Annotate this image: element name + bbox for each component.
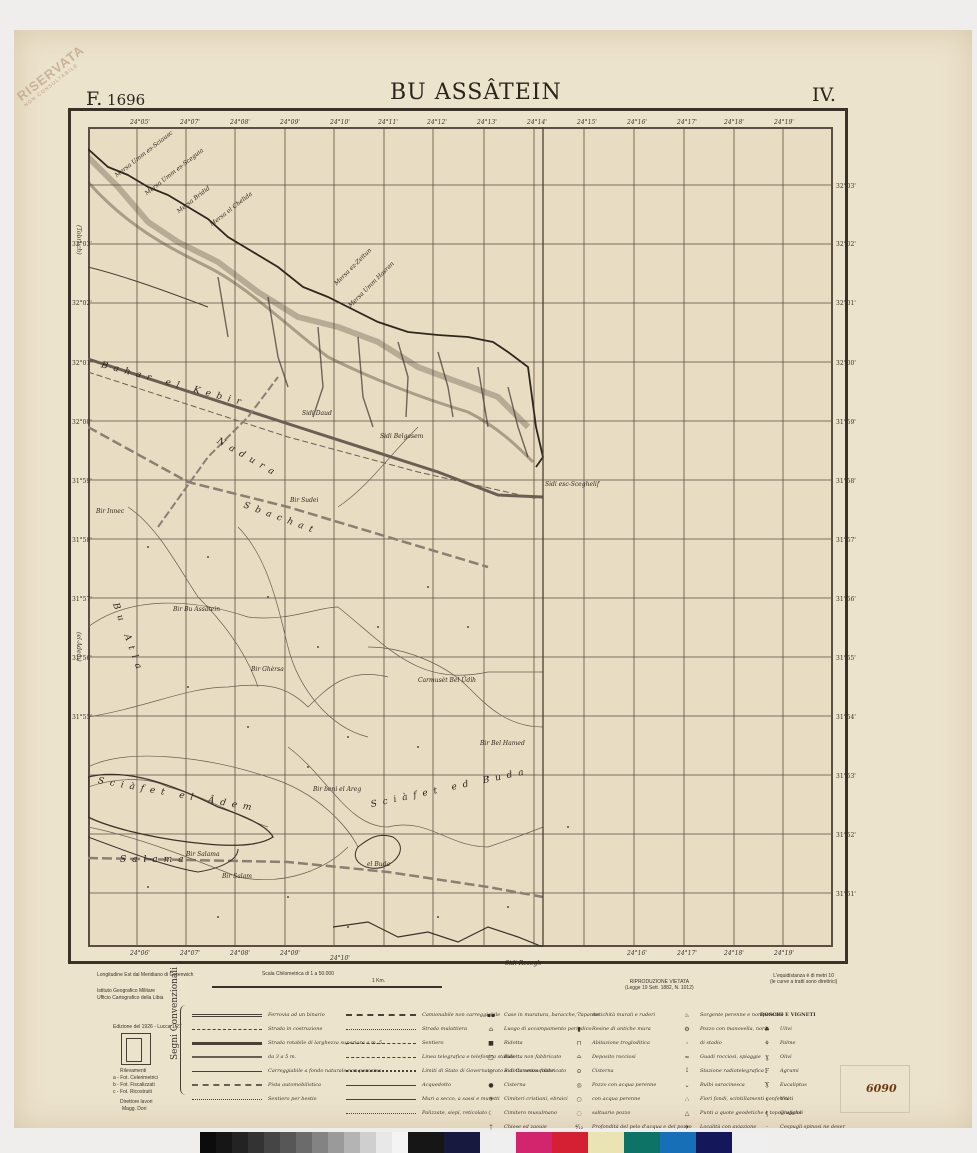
lon-tick: 24°16': [627, 119, 647, 126]
color-swatch: [696, 1132, 732, 1153]
institute-office: Ufficio Cartografico della Libia: [97, 995, 163, 1001]
color-swatch: [660, 1132, 696, 1153]
place-label: Sidi Belgasem: [380, 433, 423, 440]
legend-item: Strada in costruzione: [268, 1026, 322, 1032]
color-swatch: [312, 1132, 328, 1153]
legend-item: Resine di antiche mura: [592, 1026, 651, 1032]
lon-tick: 24°09': [280, 950, 300, 957]
color-swatch: [328, 1132, 344, 1153]
color-swatch: [264, 1132, 280, 1153]
index-title: Rilevamenti: [120, 1068, 146, 1074]
legend-item: Eucaliptus: [780, 1082, 807, 1088]
legend-item: Profondità del pelo d'acqua e del pozzo: [592, 1124, 692, 1130]
direction-label-tobruch: (Tobruch): [75, 225, 82, 255]
sheet-number: F. 1696: [86, 88, 145, 110]
escarpment: [88, 157, 528, 427]
scale-bar: [212, 983, 442, 988]
lon-tick: 24°08': [230, 950, 250, 957]
lon-tick: 24°17': [677, 950, 697, 957]
place-label: Carmusèt Bel Ûdìh: [418, 677, 476, 684]
index-item: b - Fot. Fiscalizzati: [113, 1082, 155, 1088]
equidistance-note: L'equidistanza è di metri 10 (le curve a…: [770, 973, 837, 985]
jujube-icon: ţ: [760, 1110, 774, 1117]
lon-tick: 24°19': [774, 119, 794, 126]
legend-item: Ferrovia ad un binario: [268, 1012, 325, 1018]
well-icon: ○: [572, 1096, 586, 1103]
sheet-number-value: 1696: [107, 91, 145, 109]
legend-item: Palizzate, siepi, reticolato: [422, 1110, 487, 1116]
map-title: BU ASSÂTEIN: [390, 80, 562, 105]
lon-tick: 24°19': [774, 950, 794, 957]
reproduction-law: (Legge 19 Sett. 1882, N. 1012): [625, 985, 694, 991]
cistern-icon: ●: [484, 1082, 498, 1089]
legend-item: Giuggioli: [780, 1110, 803, 1116]
place-label: Sidi Rezegh: [505, 960, 541, 967]
legend-item: Strada mulattiera: [422, 1026, 467, 1032]
place-label: Bir Salama: [186, 851, 220, 858]
flare-icon: ∴: [680, 1096, 694, 1103]
citrus-icon: Ϝ: [760, 1068, 774, 1075]
valve-icon: ⌄: [680, 1082, 694, 1089]
legend-item: Palme: [780, 1040, 795, 1046]
well-icon: ◎: [572, 1082, 586, 1089]
legend-vegetation: BOSCHI E VIGNETI ♣Ulivi ⚘Palme ɣOlivi ϜA…: [760, 1008, 845, 1134]
lat-tick: 31°55': [72, 714, 92, 721]
index-item: c - Fot. Ricostruiti: [113, 1089, 152, 1095]
place-label: Bir Bel Hamed: [480, 740, 525, 747]
color-swatch: [480, 1132, 516, 1153]
scale-unit: 1 Km.: [372, 978, 385, 984]
place-label: Bir Innec: [96, 508, 124, 515]
color-swatch: [296, 1132, 312, 1153]
color-swatch: [280, 1132, 296, 1153]
camp-icon: ⌂: [484, 1026, 498, 1033]
lat-tick: 31°52': [836, 832, 856, 839]
well-icon: ◌: [572, 1110, 586, 1117]
legend-item: Cimitero musulmano: [504, 1110, 557, 1116]
legend-item: Cisterna: [504, 1082, 526, 1088]
lat-tick: 32°02': [836, 241, 856, 248]
house-icon: ▪▪: [484, 1012, 498, 1019]
lat-tick: 31°59': [836, 419, 856, 426]
color-calibration-strip: [200, 1132, 768, 1153]
lon-tick: 24°12': [427, 119, 447, 126]
legend-item: Guadi rocciosi, spiaggie: [700, 1054, 761, 1060]
institute-name: Istituto Geografico Militare: [97, 988, 155, 994]
color-swatch: [360, 1132, 376, 1153]
wall-icon: ▮: [572, 1026, 586, 1033]
color-swatch: [732, 1132, 768, 1153]
shrub-icon: ·: [760, 1124, 774, 1131]
lon-tick: 24°13': [477, 119, 497, 126]
legend-item: con acqua perenne: [592, 1096, 640, 1102]
redoubt-icon: □: [484, 1054, 498, 1061]
color-swatch: [444, 1132, 480, 1153]
credit-name: Magg. Dori: [122, 1106, 146, 1112]
place-label: Sidi esc-Sceghelif: [545, 481, 599, 488]
color-swatch: [248, 1132, 264, 1153]
noria-icon: ⚙: [680, 1026, 694, 1033]
ford-icon: ≈: [680, 1054, 694, 1061]
place-label: Bir Ghèrsa: [251, 666, 284, 673]
sheet-prefix: F.: [86, 88, 102, 110]
legend-item: Ridotta non fabbricato: [504, 1054, 561, 1060]
color-swatch: [516, 1132, 552, 1153]
legend-item: Sentiero: [422, 1040, 444, 1046]
legend-item: Abitazione trogloditica: [592, 1040, 650, 1046]
stage-icon: ◦: [680, 1040, 694, 1047]
legend-title: Segni Convenzionali: [170, 967, 180, 1060]
index-item: a - Fot. Celerimetrici: [113, 1075, 158, 1081]
spring-icon: ♨: [680, 1012, 694, 1019]
vegetation-title: BOSCHI E VIGNETI: [760, 1008, 845, 1022]
redoubt-icon: ■: [484, 1040, 498, 1047]
lon-tick: 24°06': [130, 950, 150, 957]
lat-tick: 32°02': [72, 300, 92, 307]
legend-item: Cisterna: [592, 1068, 614, 1074]
equidistance-sub: (le curve a tratti sono direttrici): [770, 979, 837, 985]
place-label: Sidi Daud: [302, 410, 332, 417]
scale-title: Scala Chilometrica di 1 a 50.000: [262, 971, 334, 977]
lon-tick: 24°10': [330, 119, 350, 126]
coastline: [88, 149, 543, 467]
cemetery-icon: ✝: [484, 1096, 498, 1103]
legend-item: Località con aviazione: [700, 1124, 756, 1130]
spot-heights: [147, 546, 569, 928]
geodetic-point-icon: △: [680, 1110, 694, 1117]
color-swatch: [392, 1132, 408, 1153]
color-swatch: [624, 1132, 660, 1153]
legend-item: da 3 a 5 m.: [268, 1054, 296, 1060]
lat-tick: 31°55': [836, 655, 856, 662]
color-swatch: [232, 1132, 248, 1153]
lat-tick: 31°56': [836, 596, 856, 603]
legend-item: Pozzo con manovella, noria: [700, 1026, 769, 1032]
lon-tick: 24°17': [677, 119, 697, 126]
lat-tick: 31°54': [836, 714, 856, 721]
legend-item: Viti: [780, 1096, 789, 1102]
legend-item: Pista automobilistica: [268, 1082, 321, 1088]
lon-tick: 24°14': [527, 119, 547, 126]
direction-label-el-adem: (el-Adem): [75, 632, 82, 662]
lon-tick: 24°18': [724, 950, 744, 957]
radio-icon: ⟟: [680, 1067, 694, 1075]
legend-item: Deposito rocciosi: [592, 1054, 636, 1060]
legend-item: Chiese ed zaouie: [504, 1124, 547, 1130]
color-swatch: [216, 1132, 232, 1153]
legend-item: Bulbi saracinesca: [700, 1082, 745, 1088]
lon-tick: 24°09': [280, 119, 300, 126]
legend-item: Acquedotto: [422, 1082, 451, 1088]
color-swatch: [408, 1132, 444, 1153]
legend-item: Ridotta senza fabbricato: [504, 1068, 566, 1074]
color-swatch: [552, 1132, 588, 1153]
legend-item: Cimiteri cristiani, ebraici: [504, 1096, 568, 1102]
lon-tick: 24°18': [724, 119, 744, 126]
color-swatch: [200, 1132, 216, 1153]
region-label: Salama: [120, 855, 190, 865]
lat-tick: 32°00': [72, 419, 92, 426]
lon-tick: 24°11': [378, 119, 398, 126]
contours: [88, 427, 543, 880]
legend-item: Olivi: [780, 1054, 792, 1060]
legend-item: Cespugli spinosi ne deser: [780, 1124, 845, 1130]
place-label: el Buda: [367, 861, 390, 868]
lon-tick: 24°07': [180, 119, 200, 126]
olive-icon: ɣ: [760, 1054, 774, 1061]
legend-item: Pozzo con acqua perenne: [592, 1082, 656, 1088]
color-swatch: [344, 1132, 360, 1153]
lat-tick: 32°03': [836, 183, 856, 190]
legend-item: Agrumi: [780, 1068, 799, 1074]
legend-item: Ulivi: [780, 1026, 792, 1032]
lat-tick: 32°00': [836, 360, 856, 367]
depth-icon: ⁴⁄₁₂: [572, 1124, 586, 1131]
legend-item: Stazione radiotelegrafica: [700, 1068, 764, 1074]
legend-brace: [180, 1005, 189, 1095]
legend-water: ⌒Antichità murali e ruderi ▮Resine di an…: [572, 1008, 692, 1134]
lon-tick: 24°16': [627, 950, 647, 957]
lon-tick: 24°07': [180, 950, 200, 957]
quadrant-label: IV.: [812, 84, 836, 106]
eucalyptus-icon: Ɣ: [760, 1082, 774, 1089]
vine-icon: ι: [760, 1096, 774, 1103]
church-icon: †: [484, 1124, 498, 1131]
legend-item: Sentiero per bestie: [268, 1096, 317, 1102]
lat-tick: 31°59': [72, 478, 92, 485]
lat-tick: 31°57': [836, 537, 856, 544]
map-canvas[interactable]: [88, 127, 833, 947]
rock-icon: ⌓: [572, 1053, 586, 1061]
credit-role: Direttore lavori: [120, 1099, 153, 1105]
cemetery-icon: ☾: [484, 1110, 498, 1117]
lat-tick: 31°51': [836, 891, 856, 898]
legend-item: Antichità murali e ruderi: [592, 1012, 655, 1018]
lat-tick: 32°01': [836, 300, 856, 307]
lat-tick: 32°01': [72, 360, 92, 367]
place-label: Bir Salam: [222, 873, 252, 880]
legend-item: saltuario pozzo: [592, 1110, 630, 1116]
ruins-icon: ⌒: [572, 1011, 586, 1020]
lon-tick: 24°10': [330, 955, 350, 962]
survey-index-diagram: [121, 1033, 151, 1065]
lon-tick: 24°05': [130, 119, 150, 126]
legend-item: di stadio: [700, 1040, 722, 1046]
color-swatch: [588, 1132, 624, 1153]
reproduction-notice: RIPRODUZIONE VIETATA (Legge 19 Sett. 188…: [625, 979, 694, 991]
lat-tick: 31°58': [72, 537, 92, 544]
lat-tick: 31°58': [836, 478, 856, 485]
lon-tick: 24°15': [577, 119, 597, 126]
place-label: Bir beni el Areg: [313, 786, 361, 793]
olive-icon: ♣: [760, 1026, 774, 1033]
cistern-icon: ⊙: [572, 1068, 586, 1075]
cave-icon: ⊓: [572, 1040, 586, 1047]
archive-number: 6090: [866, 1082, 897, 1095]
airfield-icon: ✈: [680, 1124, 694, 1131]
color-swatch: [376, 1132, 392, 1153]
palm-icon: ⚘: [760, 1040, 774, 1047]
place-label: Bir Sudei: [290, 497, 318, 504]
redoubt-icon: ◇: [484, 1068, 498, 1075]
lon-tick: 24°08': [230, 119, 250, 126]
lat-tick: 31°57': [72, 596, 92, 603]
legend-item: Ridotta: [504, 1040, 523, 1046]
lat-tick: 31°53': [836, 773, 856, 780]
place-label: Bir Bu Assâtein: [173, 606, 220, 613]
